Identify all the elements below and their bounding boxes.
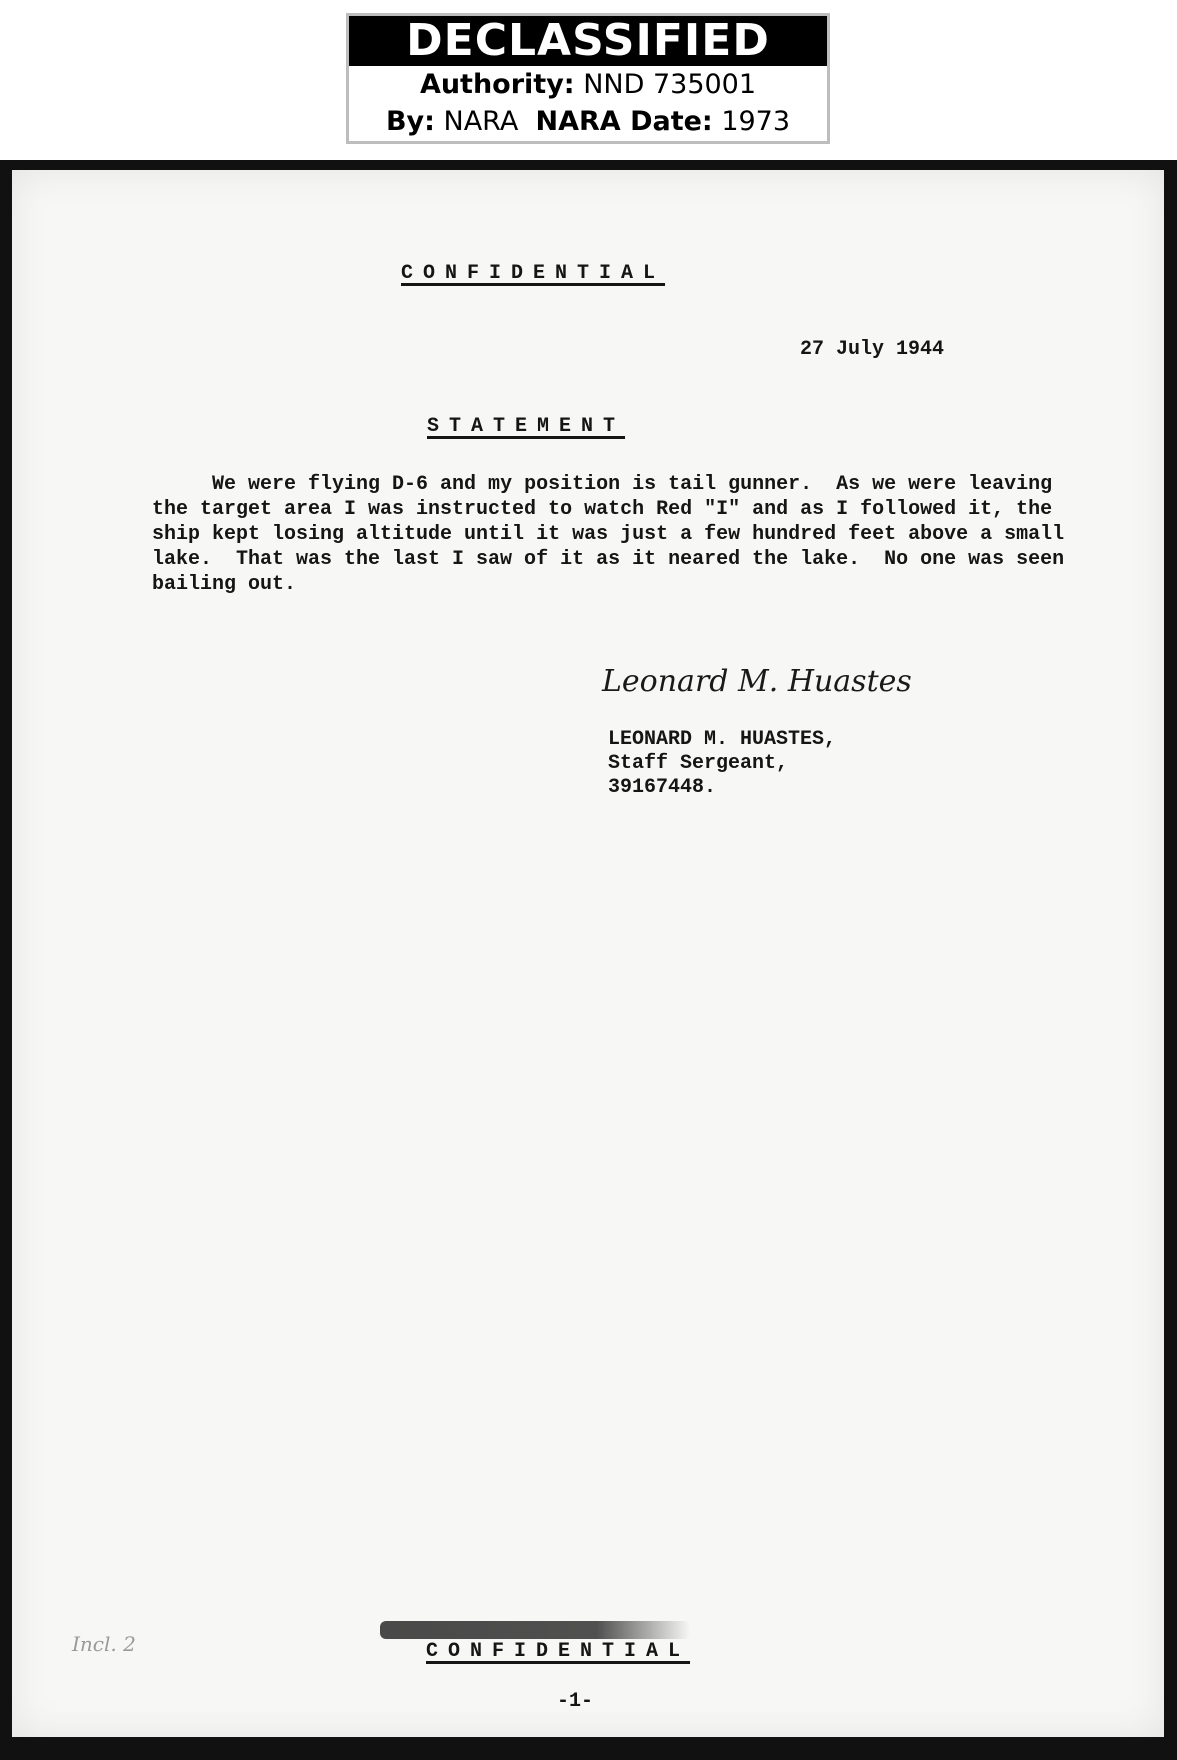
stamp-title: DECLASSIFIED [349, 16, 827, 66]
document-page: CONFIDENTIAL 27 July 1944 STATEMENT We w… [12, 170, 1164, 1737]
signature-block: LEONARD M. HUASTES, Staff Sergeant, 3916… [608, 728, 836, 800]
by-value: NARA [444, 106, 519, 137]
document-heading: STATEMENT [427, 415, 625, 438]
document-date: 27 July 1944 [800, 338, 944, 361]
authority-label: Authority: [420, 69, 575, 100]
declassified-stamp: DECLASSIFIED Authority: NND 735001 By: N… [346, 13, 830, 144]
classification-bottom: CONFIDENTIAL [426, 1640, 690, 1663]
date-value: 1973 [721, 106, 790, 137]
margin-note: Incl. 2 [72, 1632, 136, 1656]
statement-body: We were flying D-6 and my position is ta… [152, 472, 1082, 597]
page-number: -1- [557, 1690, 593, 1713]
signer-name: LEONARD M. HUASTES, [608, 728, 836, 752]
classification-top: CONFIDENTIAL [401, 262, 665, 285]
authority-value: NND 735001 [583, 69, 756, 100]
stamp-authority: Authority: NND 735001 [349, 66, 827, 103]
signer-serial: 39167448. [608, 776, 836, 800]
signer-rank: Staff Sergeant, [608, 752, 836, 776]
ink-smudge [380, 1621, 690, 1639]
by-label: By: [386, 106, 435, 137]
signature: Leonard M. Huastes [602, 664, 912, 699]
stamp-by: By: NARA NARA Date: 1973 [349, 103, 827, 140]
date-label: NARA Date: [536, 106, 713, 137]
